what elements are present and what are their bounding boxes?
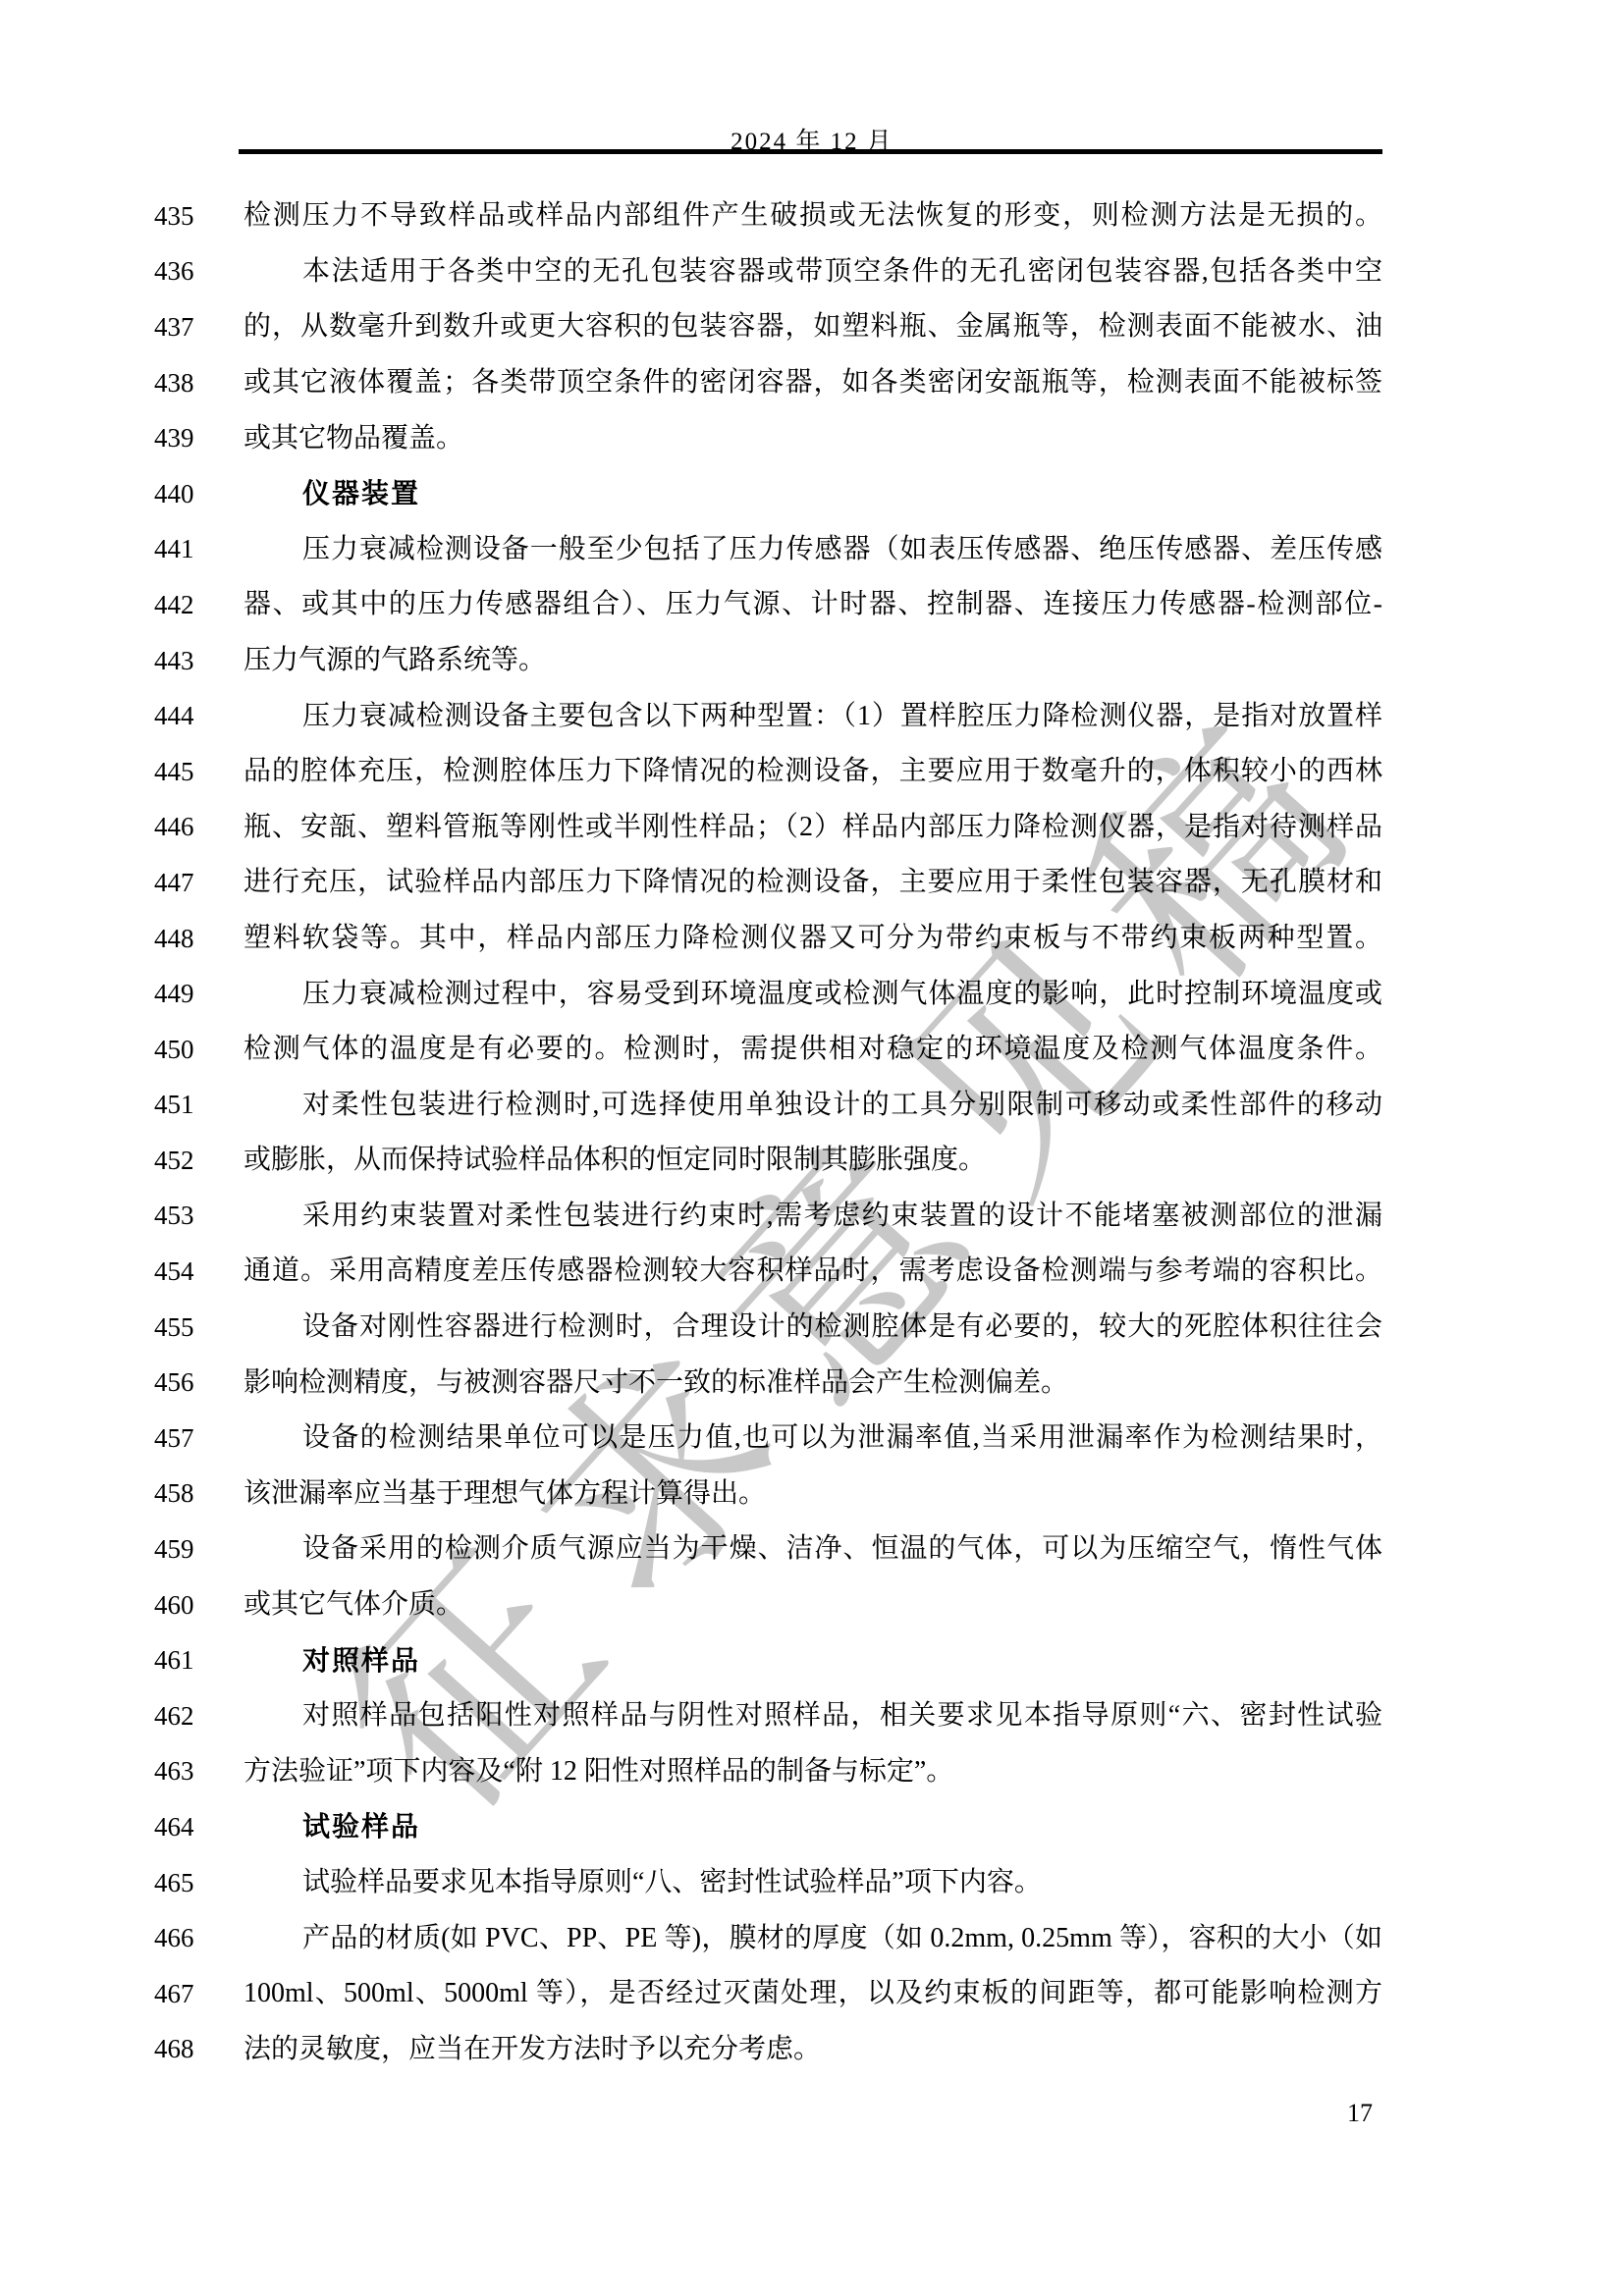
line-number: 463 <box>154 1756 244 1787</box>
body-lines: 435 检测压力不导致样品或样品内部组件产生破损或无法恢复的形变，则检测方法是无… <box>154 188 1382 2077</box>
text-line: 450 检测气体的温度是有必要的。检测时，需提供相对稳定的环境温度及检测气体温度… <box>154 1022 1382 1078</box>
text-line: 437 的，从数毫升到数升或更大容积的包装容器，如塑料瓶、金属瓶等，检测表面不能… <box>154 299 1382 355</box>
page-number: 17 <box>1347 2099 1373 2128</box>
line-text: 品的腔体充压，检测腔体压力下降情况的检测设备，主要应用于数毫升的，体积较小的西林 <box>244 756 1382 787</box>
line-text: 塑料软袋等。其中，样品内部压力降检测仪器又可分为带约束板与不带约束板两种型置。 <box>244 923 1382 954</box>
text-line: 467 100ml、500ml、5000ml 等），是否经过灭菌处理，以及约束板… <box>154 1966 1382 2022</box>
line-text: 对柔性包装进行检测时,可选择使用单独设计的工具分别限制可移动或柔性部件的移动 <box>244 1090 1382 1121</box>
text-line: 447 进行充压，试验样品内部压力下降情况的检测设备，主要应用于柔性包装容器，无… <box>154 855 1382 911</box>
line-text: 或其它液体覆盖；各类带顶空条件的密闭容器，如各类密闭安瓿瓶等，检测表面不能被标签 <box>244 367 1382 399</box>
text-line: 453 采用约束装置对柔性包装进行约束时,需考虑约束装置的设计不能堵塞被测部位的… <box>154 1189 1382 1245</box>
line-number: 435 <box>154 201 244 232</box>
text-line: 468 法的灵敏度，应当在开发方法时予以充分考虑。 <box>154 2022 1382 2078</box>
header-rule <box>239 149 1382 154</box>
line-text: 设备的检测结果单位可以是压力值,也可以为泄漏率值,当采用泄漏率作为检测结果时， <box>244 1422 1382 1454</box>
line-text: 或其它物品覆盖。 <box>244 423 1382 454</box>
text-line: 449 压力衰减检测过程中，容易受到环境温度或检测气体温度的影响，此时控制环境温… <box>154 966 1382 1022</box>
text-line: 440 仪器装置 <box>154 466 1382 522</box>
line-number: 465 <box>154 1868 244 1898</box>
line-text: 压力衰减检测过程中，容易受到环境温度或检测气体温度的影响，此时控制环境温度或 <box>244 979 1382 1010</box>
line-number: 436 <box>154 256 244 287</box>
line-number: 448 <box>154 924 244 954</box>
text-line: 464 试验样品 <box>154 1799 1382 1855</box>
line-number: 462 <box>154 1701 244 1732</box>
line-number: 460 <box>154 1590 244 1621</box>
line-text: 本法适用于各类中空的无孔包装容器或带顶空条件的无孔密闭包装容器,包括各类中空 <box>244 256 1382 288</box>
line-number: 451 <box>154 1090 244 1120</box>
line-number: 468 <box>154 2034 244 2064</box>
line-text: 试验样品 <box>244 1811 1382 1842</box>
text-line: 463 方法验证”项下内容及“附 12 阳性对照样品的制备与标定”。 <box>154 1744 1382 1800</box>
line-number: 438 <box>154 368 244 399</box>
line-number: 455 <box>154 1312 244 1343</box>
text-line: 442 器、或其中的压力传感器组合）、压力气源、计时器、控制器、连接压力传感器-… <box>154 577 1382 633</box>
text-line: 454 通道。采用高精度差压传感器检测较大容积样品时，需考虑设备检测端与参考端的… <box>154 1244 1382 1300</box>
line-text: 压力气源的气路系统等。 <box>244 645 1382 676</box>
text-line: 446 瓶、安瓿、塑料管瓶等刚性或半刚性样品；（2）样品内部压力降检测仪器，是指… <box>154 800 1382 856</box>
line-number: 446 <box>154 812 244 842</box>
line-text: 设备采用的检测介质气源应当为干燥、洁净、恒温的气体，可以为压缩空气，惰性气体 <box>244 1533 1382 1565</box>
line-number: 457 <box>154 1423 244 1454</box>
text-line: 456 影响检测精度，与被测容器尺寸不一致的标准样品会产生检测偏差。 <box>154 1355 1382 1411</box>
line-number: 466 <box>154 1923 244 1953</box>
line-text: 或其它气体介质。 <box>244 1589 1382 1621</box>
line-text: 采用约束装置对柔性包装进行约束时,需考虑约束装置的设计不能堵塞被测部位的泄漏 <box>244 1201 1382 1232</box>
line-text: 的，从数毫升到数升或更大容积的包装容器，如塑料瓶、金属瓶等，检测表面不能被水、油 <box>244 311 1382 343</box>
line-number: 439 <box>154 423 244 454</box>
text-line: 466 产品的材质(如 PVC、PP、PE 等)，膜材的厚度（如 0.2mm, … <box>154 1910 1382 1966</box>
text-line: 462 对照样品包括阳性对照样品与阴性对照样品，相关要求见本指导原则“六、密封性… <box>154 1688 1382 1744</box>
text-line: 457 设备的检测结果单位可以是压力值,也可以为泄漏率值,当采用泄漏率作为检测结… <box>154 1411 1382 1467</box>
line-text: 影响检测精度，与被测容器尺寸不一致的标准样品会产生检测偏差。 <box>244 1367 1382 1399</box>
line-number: 453 <box>154 1201 244 1231</box>
line-text: 通道。采用高精度差压传感器检测较大容积样品时，需考虑设备检测端与参考端的容积比。 <box>244 1255 1382 1287</box>
line-text: 法的灵敏度，应当在开发方法时予以充分考虑。 <box>244 2034 1382 2065</box>
text-line: 435 检测压力不导致样品或样品内部组件产生破损或无法恢复的形变，则检测方法是无… <box>154 188 1382 244</box>
line-number: 440 <box>154 479 244 509</box>
text-line: 460 或其它气体介质。 <box>154 1577 1382 1633</box>
line-number: 445 <box>154 757 244 787</box>
line-text: 设备对刚性容器进行检测时，合理设计的检测腔体是有必要的，较大的死腔体积往往会 <box>244 1311 1382 1343</box>
line-text: 瓶、安瓿、塑料管瓶等刚性或半刚性样品；（2）样品内部压力降检测仪器，是指对待测样… <box>244 812 1382 843</box>
text-line: 438 或其它液体覆盖；各类带顶空条件的密闭容器，如各类密闭安瓿瓶等，检测表面不… <box>154 355 1382 411</box>
line-text: 100ml、500ml、5000ml 等），是否经过灭菌处理，以及约束板的间距等… <box>244 1978 1382 2009</box>
text-line: 459 设备采用的检测介质气源应当为干燥、洁净、恒温的气体，可以为压缩空气，惰性… <box>154 1522 1382 1577</box>
line-number: 461 <box>154 1645 244 1676</box>
line-number: 444 <box>154 701 244 731</box>
line-number: 459 <box>154 1534 244 1565</box>
line-text: 器、或其中的压力传感器组合）、压力气源、计时器、控制器、连接压力传感器-检测部位… <box>244 589 1382 620</box>
line-text: 检测压力不导致样品或样品内部组件产生破损或无法恢复的形变，则检测方法是无损的。 <box>244 200 1382 232</box>
document-page: 征求意见稿 2024 年 12 月 435 检测压力不导致样品或样品内部组件产生… <box>0 0 1624 2296</box>
line-text: 或膨胀，从而保持试验样品体积的恒定同时限制其膨胀强度。 <box>244 1145 1382 1176</box>
text-line: 461 对照样品 <box>154 1632 1382 1688</box>
line-number: 467 <box>154 1979 244 2009</box>
text-line: 443 压力气源的气路系统等。 <box>154 633 1382 689</box>
line-number: 443 <box>154 646 244 676</box>
line-text: 压力衰减检测设备一般至少包括了压力传感器（如表压传感器、绝压传感器、差压传感 <box>244 534 1382 565</box>
line-number: 442 <box>154 590 244 620</box>
text-line: 444 压力衰减检测设备主要包含以下两种型置：（1）置样腔压力降检测仪器，是指对… <box>154 688 1382 744</box>
line-number: 456 <box>154 1367 244 1398</box>
text-line: 458 该泄漏率应当基于理想气体方程计算得出。 <box>154 1467 1382 1522</box>
text-line: 455 设备对刚性容器进行检测时，合理设计的检测腔体是有必要的，较大的死腔体积往… <box>154 1300 1382 1356</box>
line-text: 对照样品包括阳性对照样品与阴性对照样品，相关要求见本指导原则“六、密封性试验 <box>244 1700 1382 1732</box>
text-line: 441 压力衰减检测设备一般至少包括了压力传感器（如表压传感器、绝压传感器、差压… <box>154 522 1382 578</box>
line-text: 该泄漏率应当基于理想气体方程计算得出。 <box>244 1478 1382 1510</box>
line-number: 449 <box>154 979 244 1009</box>
line-number: 458 <box>154 1478 244 1509</box>
line-text: 方法验证”项下内容及“附 12 阳性对照样品的制备与标定”。 <box>244 1756 1382 1788</box>
text-line: 448 塑料软袋等。其中，样品内部压力降检测仪器又可分为带约束板与不带约束板两种… <box>154 911 1382 967</box>
text-line: 452 或膨胀，从而保持试验样品体积的恒定同时限制其膨胀强度。 <box>154 1133 1382 1189</box>
line-number: 452 <box>154 1146 244 1176</box>
line-number: 437 <box>154 312 244 343</box>
text-line: 451 对柔性包装进行检测时,可选择使用单独设计的工具分别限制可移动或柔性部件的… <box>154 1078 1382 1134</box>
line-text: 产品的材质(如 PVC、PP、PE 等)，膜材的厚度（如 0.2mm, 0.25… <box>244 1923 1382 1954</box>
line-number: 464 <box>154 1812 244 1842</box>
line-number: 450 <box>154 1035 244 1065</box>
line-text: 压力衰减检测设备主要包含以下两种型置：（1）置样腔压力降检测仪器，是指对放置样 <box>244 701 1382 732</box>
line-text: 进行充压，试验样品内部压力下降情况的检测设备，主要应用于柔性包装容器，无孔膜材和 <box>244 867 1382 898</box>
text-line: 436 本法适用于各类中空的无孔包装容器或带顶空条件的无孔密闭包装容器,包括各类… <box>154 244 1382 300</box>
line-text: 对照样品 <box>244 1645 1382 1677</box>
line-number: 454 <box>154 1256 244 1287</box>
line-text: 检测气体的温度是有必要的。检测时，需提供相对稳定的环境温度及检测气体温度条件。 <box>244 1034 1382 1065</box>
text-line: 465 试验样品要求见本指导原则“八、密封性试验样品”项下内容。 <box>154 1855 1382 1911</box>
line-number: 447 <box>154 868 244 898</box>
line-text: 试验样品要求见本指导原则“八、密封性试验样品”项下内容。 <box>244 1867 1382 1898</box>
line-text: 仪器装置 <box>244 478 1382 509</box>
line-number: 441 <box>154 534 244 564</box>
text-line: 439 或其它物品覆盖。 <box>154 410 1382 466</box>
text-line: 445 品的腔体充压，检测腔体压力下降情况的检测设备，主要应用于数毫升的，体积较… <box>154 744 1382 800</box>
